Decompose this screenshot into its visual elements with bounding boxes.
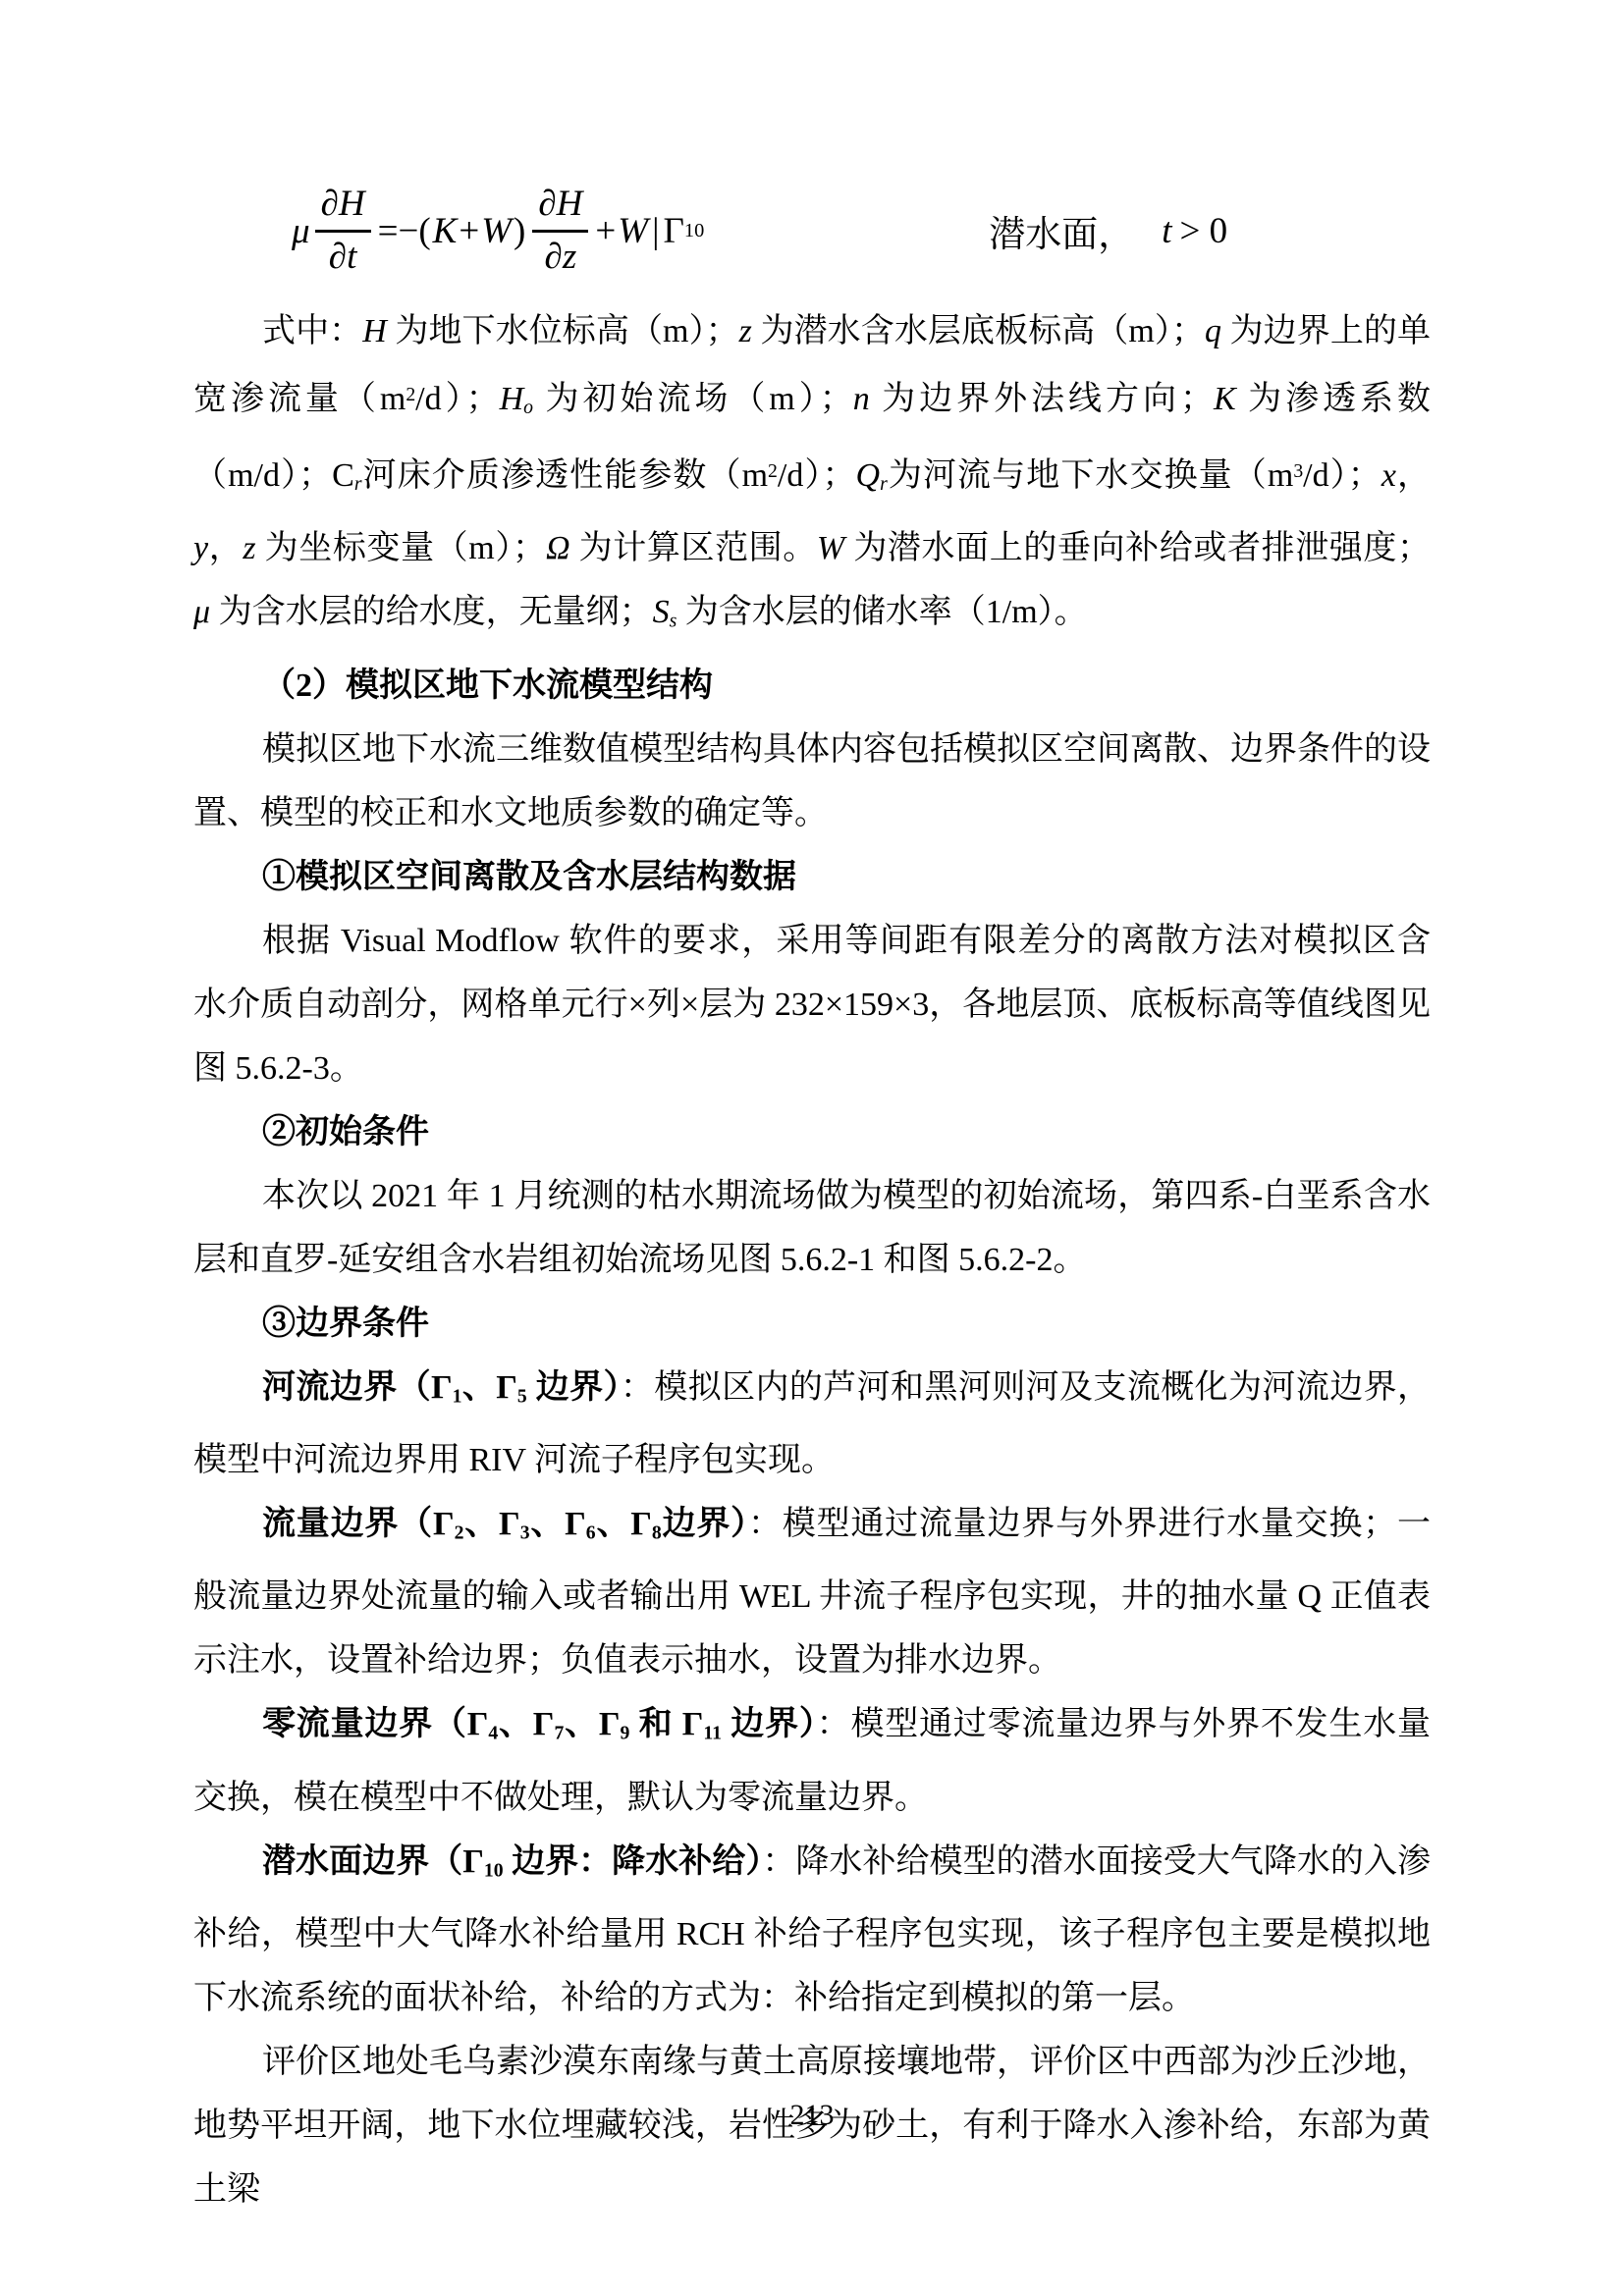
text-run: 2 xyxy=(768,460,778,482)
fraction-dH-dt: ∂H ∂t xyxy=(315,182,371,280)
t-variable: t xyxy=(1162,210,1171,252)
plus-operator: + xyxy=(595,210,616,252)
w-variable: W xyxy=(481,210,512,252)
text-run: /d）； xyxy=(1303,457,1381,494)
text-run: 流量边界（Γ xyxy=(262,1506,455,1542)
fraction-numerator: ∂H xyxy=(532,182,588,232)
document-body: 式中：H 为地下水位标高（m）；z 为潜水含水层底板标高（m）；q 为边界上的单… xyxy=(193,299,1431,2221)
evaluation-bar: | xyxy=(652,210,659,252)
text-run: 、Γ xyxy=(596,1506,652,1542)
w-variable: W xyxy=(618,210,648,252)
document-content: μ ∂H ∂t =−( K + W ) ∂H ∂z + W | Γ 10 潜水面… xyxy=(193,0,1431,2221)
text-run: /d）； xyxy=(415,381,499,417)
text-run: 10 xyxy=(484,1859,504,1881)
text-run: （2）模拟区地下水流模型结构 xyxy=(262,667,713,704)
text-run: ③边界条件 xyxy=(262,1306,429,1342)
text-run: r xyxy=(880,473,888,495)
text-run: 河流边界（Γ xyxy=(262,1369,453,1406)
text-run: 、Γ xyxy=(461,1369,516,1406)
text-run: 为河流与地下水交换量（m xyxy=(888,457,1294,494)
paragraph: 本次以 2021 年 1 月统测的枯水期流场做为模型的初始流场，第四系-白垩系含… xyxy=(193,1164,1431,1292)
inequality: > 0 xyxy=(1180,210,1228,252)
text-run: 为含水层的给水度，无量纲； xyxy=(210,594,653,630)
text-run: /d）； xyxy=(778,457,856,494)
text-run: r xyxy=(354,473,362,495)
equals-open-paren: =−( xyxy=(378,210,431,252)
text-run: 根据 Visual Modflow 软件的要求，采用等间距有限差分的离散方法对模… xyxy=(193,923,1431,1087)
text-run: μ xyxy=(193,594,210,630)
text-run: 5 xyxy=(517,1385,527,1407)
text-run: 、Γ xyxy=(498,1706,554,1742)
paragraph: 潜水面边界（Γ10 边界：降水补给）：降水补给模型的潜水面接受大气降水的入渗补给… xyxy=(193,1830,1431,2030)
text-run: ， xyxy=(1396,457,1431,494)
fraction-dH-dz: ∂H ∂z xyxy=(532,182,588,280)
text-run: 式中： xyxy=(262,313,362,349)
section-heading: （2）模拟区地下水流模型结构 xyxy=(193,654,1431,718)
text-run: 为边界外法线方向； xyxy=(870,381,1214,417)
text-run: y xyxy=(193,530,208,566)
text-run: 边界：降水补给） xyxy=(504,1843,763,1880)
groundwater-equation: μ ∂H ∂t =−( K + W ) ∂H ∂z + W | Γ 10 潜水面… xyxy=(193,172,1431,290)
gamma-subscript: 10 xyxy=(684,220,704,242)
text-run: 7 xyxy=(554,1723,564,1744)
fraction-denominator: ∂z xyxy=(545,233,577,280)
text-run: z xyxy=(739,313,752,349)
text-run: n xyxy=(853,381,870,417)
text-run: 河床介质渗透性能参数（m xyxy=(362,457,769,494)
document-page: μ ∂H ∂t =−( K + W ) ∂H ∂z + W | Γ 10 潜水面… xyxy=(0,0,1624,2296)
text-run: x xyxy=(1381,457,1396,494)
close-paren: ) xyxy=(514,210,525,252)
text-run: 为坐标变量（m）； xyxy=(256,530,546,566)
text-run: 、Γ xyxy=(530,1506,586,1542)
text-run: K xyxy=(1214,381,1236,417)
fraction-numerator: ∂H xyxy=(315,182,371,232)
text-run: 为地下水位标高（m）； xyxy=(387,313,739,349)
paragraph: 模拟区地下水流三维数值模型结构具体内容包括模拟区空间离散、边界条件的设置、模型的… xyxy=(193,718,1431,845)
text-run: ①模拟区空间离散及含水层结构数据 xyxy=(262,859,796,895)
text-run: 11 xyxy=(703,1723,722,1744)
section-heading: ①模拟区空间离散及含水层结构数据 xyxy=(193,845,1431,909)
fraction-denominator: ∂t xyxy=(329,233,357,280)
text-run: 为潜水面上的垂向补给或者排泄强度； xyxy=(844,530,1431,566)
text-run: 边界） xyxy=(662,1506,748,1542)
text-run: 1 xyxy=(453,1385,462,1407)
text-run: 、Γ xyxy=(463,1506,519,1542)
text-run: 为含水层的储水率（1/m）。 xyxy=(677,594,1087,630)
paragraph: 流量边界（Γ2、Γ3、Γ6、Γ8边界）：模型通过流量边界与外界进行水量交换；一般… xyxy=(193,1492,1431,1692)
condition-label: 潜水面， xyxy=(989,204,1134,257)
text-run: q xyxy=(1205,313,1221,349)
text-run: o xyxy=(523,397,533,418)
text-run: 9 xyxy=(621,1723,630,1744)
paragraph: 河流边界（Γ1、Γ5 边界）：模拟区内的芦河和黑河则河及支流概化为河流边界，模型… xyxy=(193,1356,1431,1492)
section-heading: ②初始条件 xyxy=(193,1100,1431,1164)
paragraph: 式中：H 为地下水位标高（m）；z 为潜水含水层底板标高（m）；q 为边界上的单… xyxy=(193,299,1431,654)
paragraph: 根据 Visual Modflow 软件的要求，采用等间距有限差分的离散方法对模… xyxy=(193,909,1431,1100)
text-run: 为潜水含水层底板标高（m）； xyxy=(752,313,1205,349)
text-run: S xyxy=(653,594,670,630)
text-run: 2 xyxy=(406,384,415,405)
text-run: 3 xyxy=(520,1522,530,1543)
text-run: 模拟区地下水流三维数值模型结构具体内容包括模拟区空间离散、边界条件的设置、模型的… xyxy=(193,731,1431,831)
section-heading: ③边界条件 xyxy=(193,1292,1431,1356)
text-run: 4 xyxy=(488,1723,498,1744)
text-run: Q xyxy=(856,457,881,494)
text-run: 、Γ xyxy=(564,1706,620,1742)
plus-operator: + xyxy=(459,210,479,252)
text-run: 边界） xyxy=(527,1369,621,1406)
text-run: 潜水面边界（Γ xyxy=(262,1843,484,1880)
text-run: Ω xyxy=(546,530,570,566)
text-run: 边界） xyxy=(722,1706,817,1742)
text-run: 6 xyxy=(586,1522,596,1543)
text-run: ②初始条件 xyxy=(262,1114,429,1150)
text-run: 为初始流场（m）； xyxy=(533,381,853,417)
page-number: 213 xyxy=(0,2099,1624,2132)
text-run: 本次以 2021 年 1 月统测的枯水期流场做为模型的初始流场，第四系-白垩系含… xyxy=(193,1178,1431,1278)
text-run: z xyxy=(243,530,255,566)
text-run: H xyxy=(500,381,524,417)
text-run: 2 xyxy=(455,1522,464,1543)
mu-symbol: μ xyxy=(292,210,310,252)
text-run: 和 Γ xyxy=(629,1706,703,1742)
text-run: 零流量边界（Γ xyxy=(262,1706,488,1742)
text-run: 8 xyxy=(652,1522,662,1543)
k-variable: K xyxy=(433,210,458,252)
paragraph: 零流量边界（Γ4、Γ7、Γ9 和 Γ11 边界）：模型通过零流量边界与外界不发生… xyxy=(193,1692,1431,1829)
gamma-symbol: Γ xyxy=(664,210,684,252)
text-run: 为计算区范围。 xyxy=(570,530,817,566)
text-run: ， xyxy=(208,530,243,566)
text-run: 3 xyxy=(1293,460,1303,482)
text-run: W xyxy=(817,530,844,566)
text-run: H xyxy=(362,313,387,349)
